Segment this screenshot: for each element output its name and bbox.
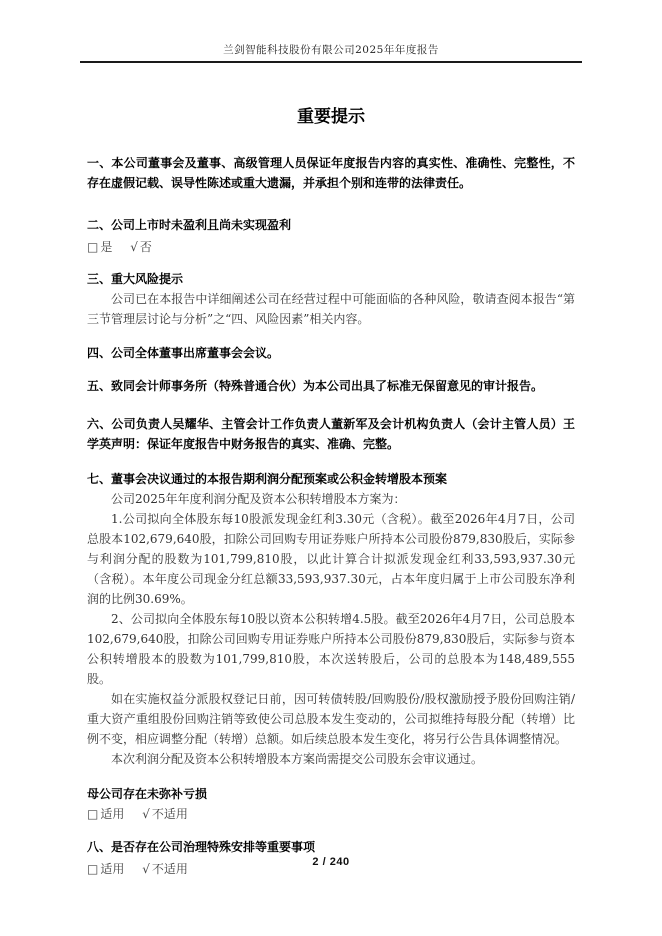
section-5-heading: 五、致同会计师事务所（特殊普通合伙）为本公司出具了标准无保留意见的审计报告。	[87, 376, 575, 396]
option-yes: □是	[87, 237, 112, 257]
option-yes-label: 是	[100, 240, 112, 254]
section-3-body: 公司已在本报告中详细阐述公司在经营过程中可能面临的各种风险，敬请查阅本报告“第三…	[87, 289, 575, 329]
section-7-paragraph-2: 1.公司拟向全体股东每10股派发现金红利3.30元（含税）。截至2026年4月7…	[87, 509, 575, 609]
option-not-applicable-label: 不适用	[152, 807, 188, 821]
section-2-options: □是 √否	[87, 237, 575, 257]
checkmark-icon: √	[142, 807, 150, 821]
parent-company-loss-heading: 母公司存在未弥补亏损	[87, 784, 575, 804]
section-4-heading: 四、公司全体董事出席董事会会议。	[87, 343, 575, 363]
page-number: 2 / 240	[312, 856, 349, 868]
page-header: 兰剑智能科技股份有限公司2025年年度报告	[80, 0, 582, 63]
annual-report-page: 兰剑智能科技股份有限公司2025年年度报告 重要提示 一、本公司董事会及董事、高…	[0, 0, 662, 936]
page-title: 重要提示	[87, 107, 575, 127]
report-header-title: 兰剑智能科技股份有限公司2025年年度报告	[80, 42, 582, 57]
option-applicable: □适用	[87, 804, 124, 824]
checkmark-icon: √	[130, 240, 138, 254]
section-2-heading: 二、公司上市时未盈利且尚未实现盈利	[87, 215, 575, 235]
section-7-paragraph-5: 本次利润分配及资本公积转增股本方案尚需提交公司股东会审议通过。	[87, 749, 575, 769]
section-7-paragraph-4: 如在实施权益分派股权登记日前，因可转债转股/回购股份/股权激励授予股份回购注销/…	[87, 689, 575, 749]
option-not-applicable: √不适用	[142, 804, 188, 824]
section-3-heading: 三、重大风险提示	[87, 269, 575, 289]
page-footer: 2 / 240	[0, 850, 662, 869]
section-6-heading: 六、公司负责人吴耀华、主管会计工作负责人董新军及会计机构负责人（会计主管人员）王…	[87, 414, 575, 454]
option-no-label: 否	[140, 240, 152, 254]
option-no: √否	[130, 237, 152, 257]
section-7-paragraph-1: 公司2025年年度利润分配及资本公积转增股本方案为：	[87, 489, 575, 509]
option-applicable-label: 适用	[100, 807, 124, 821]
section-7-heading: 七、董事会决议通过的本报告期利润分配预案或公积金转增股本预案	[87, 469, 575, 489]
section-1-heading: 一、本公司董事会及董事、高级管理人员保证年度报告内容的真实性、准确性、完整性，不…	[87, 153, 575, 193]
parent-company-loss-options: □适用 √不适用	[87, 804, 575, 824]
checkbox-unchecked-icon: □	[87, 807, 98, 821]
checkbox-unchecked-icon: □	[87, 240, 98, 254]
section-7-paragraph-3: 2、公司拟向全体股东每10股以资本公积转增4.5股。截至2026年4月7日，公司…	[87, 609, 575, 689]
document-body: 重要提示 一、本公司董事会及董事、高级管理人员保证年度报告内容的真实性、准确性、…	[87, 107, 575, 879]
